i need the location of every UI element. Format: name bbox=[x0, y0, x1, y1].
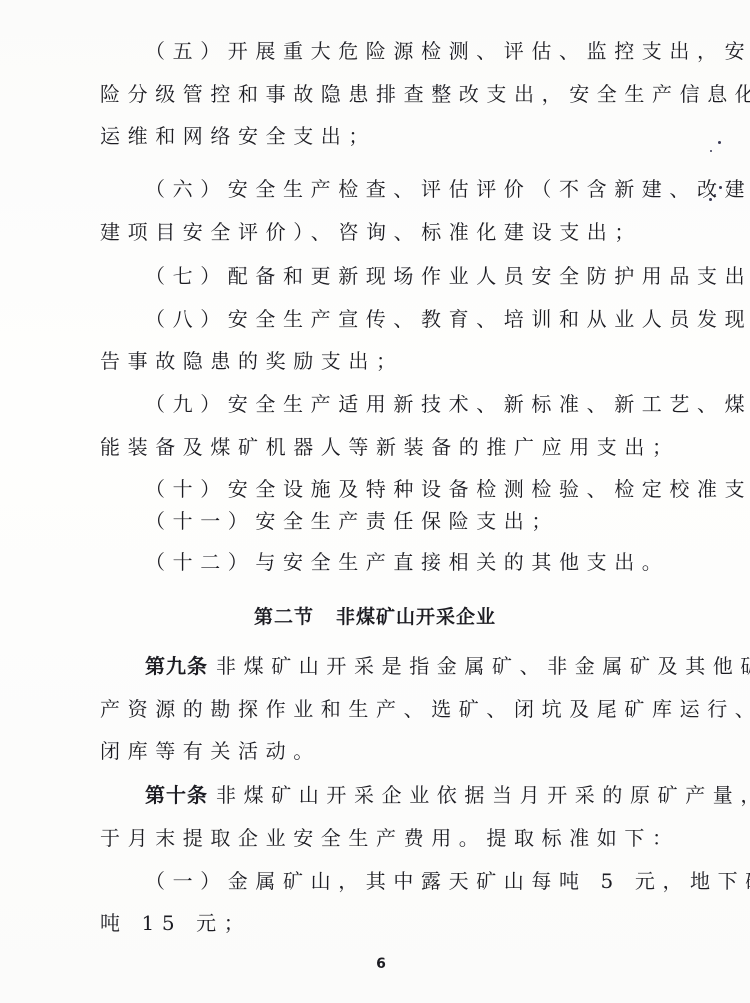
article-9-line-2: 产资源的勘探作业和生产、选矿、闭坑及尾矿库运行、回采、 bbox=[100, 694, 750, 724]
document-page: （五）开展重大危险源检测、评估、监控支出，安全风 险分级管控和事故隐患排查整改支… bbox=[0, 0, 750, 1003]
item-9-line-1: （九）安全生产适用新技术、新标准、新工艺、煤矿智 bbox=[145, 389, 750, 419]
article-10-line-1: 第十条非煤矿山开采企业依据当月开采的原矿产量， bbox=[145, 780, 750, 810]
article-10-line-2: 于月末提取企业安全生产费用。提取标准如下： bbox=[100, 823, 680, 853]
section-heading: 第二节非煤矿山开采企业 bbox=[0, 602, 750, 632]
item-9-line-2: 能装备及煤矿机器人等新装备的推广应用支出； bbox=[100, 432, 680, 462]
item-10-line-1: （十）安全设施及特种设备检测检验、检定校准支出； bbox=[145, 474, 750, 504]
item-8-line-2: 告事故隐患的奖励支出； bbox=[100, 346, 404, 376]
article-10-text-1: 非煤矿山开采企业依据当月开采的原矿产量， bbox=[216, 783, 750, 807]
item-6-line-1: （六）安全生产检查、评估评价（不含新建、改建、扩 bbox=[145, 174, 750, 204]
page-number: 6 bbox=[0, 956, 750, 972]
article-9-text-1: 非煤矿山开采是指金属矿、非金属矿及其他矿 bbox=[216, 654, 750, 678]
item-5-line-3: 运维和网络安全支出； bbox=[100, 121, 376, 151]
section-title: 非煤矿山开采企业 bbox=[336, 606, 496, 628]
item-12-line-1: （十二）与安全生产直接相关的其他支出。 bbox=[145, 547, 669, 577]
item-7-line-1: （七）配备和更新现场作业人员安全防护用品支出； bbox=[145, 261, 750, 291]
article-10-item-1-line-1: （一）金属矿山，其中露天矿山每吨 5 元，地下矿山每 bbox=[145, 866, 750, 896]
item-8-line-1: （八）安全生产宣传、教育、培训和从业人员发现并报 bbox=[145, 304, 750, 334]
article-9-label: 第九条 bbox=[145, 654, 208, 678]
item-11-line-1: （十一）安全生产责任保险支出； bbox=[145, 506, 559, 536]
item-6-line-2: 建项目安全评价）、咨询、标准化建设支出； bbox=[100, 217, 642, 247]
article-10-label: 第十条 bbox=[145, 783, 208, 807]
article-9-line-1: 第九条非煤矿山开采是指金属矿、非金属矿及其他矿 bbox=[145, 651, 750, 681]
article-10-item-1-line-2: 吨 15 元； bbox=[100, 908, 251, 938]
section-number: 第二节 bbox=[254, 606, 314, 628]
item-5-line-1: （五）开展重大危险源检测、评估、监控支出，安全风 bbox=[145, 36, 750, 66]
scan-speck bbox=[718, 141, 721, 144]
article-9-line-3: 闭库等有关活动。 bbox=[100, 736, 321, 766]
item-5-line-2: 险分级管控和事故隐患排查整改支出，安全生产信息化建设、 bbox=[100, 79, 750, 109]
scan-speck bbox=[710, 150, 712, 152]
